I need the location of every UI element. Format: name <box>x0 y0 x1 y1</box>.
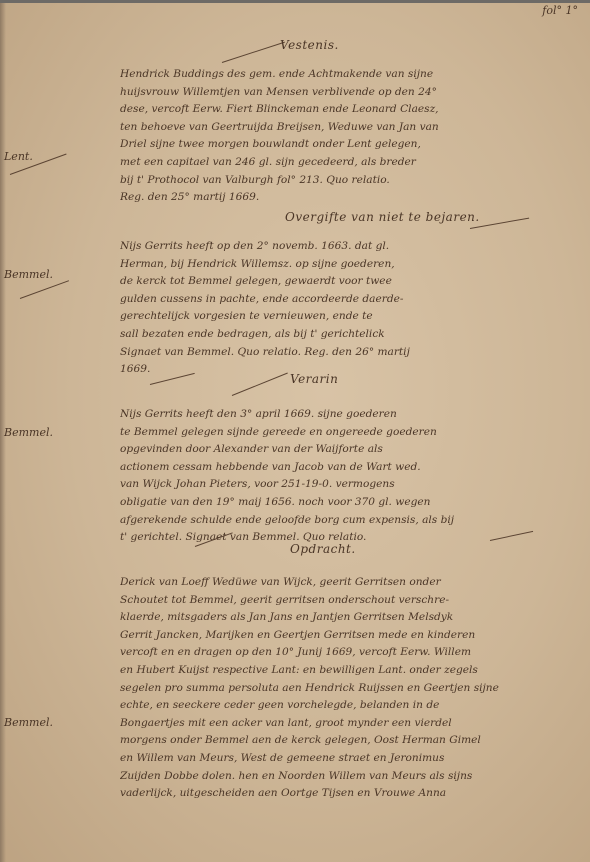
margin-label-lent: Lent. <box>4 150 33 163</box>
margin-flourish <box>20 280 69 299</box>
entry-line: Schoutet tot Bemmel, geerit gerritsen on… <box>120 592 582 610</box>
entry-line: Gerrit Jancken, Marijken en Geertjen Ger… <box>120 627 582 645</box>
folio-number: fol° 1° <box>542 4 578 17</box>
entry-line: Driel sijne twee morgen bouwlandt onder … <box>120 136 582 154</box>
entry-line: echte, en seeckere ceder geen vorchelegd… <box>120 697 582 715</box>
entry-line: Herman, bij Hendrick Willemsz. op sijne … <box>120 256 582 274</box>
decorative-flourish <box>222 42 285 63</box>
entry-line: vercoft en en dragen op den 10° Junij 16… <box>120 644 582 662</box>
entry-line: dese, vercoft Eerw. Fiert Blinckeman end… <box>120 101 582 119</box>
entry-line: 1669. <box>120 361 582 379</box>
entry-line: Signaet van Bemmel. Quo relatio. Reg. de… <box>120 344 582 362</box>
entry-line: gulden cussens in pachte, ende accordeer… <box>120 291 582 309</box>
section-heading-verarin: Verarin <box>290 372 338 386</box>
entry-line: Bongaertjes mit een acker van lant, groo… <box>120 715 582 733</box>
entry-line: te Bemmel gelegen sijnde gereede en onge… <box>120 424 582 442</box>
entry-line: de kerck tot Bemmel gelegen, gewaerdt vo… <box>120 273 582 291</box>
entry-line: Zuijden Dobbe dolen. hen en Noorden Will… <box>120 768 582 786</box>
entry-line: Hendrick Buddings des gem. ende Achtmake… <box>120 66 582 84</box>
entry-line: Nijs Gerrits heeft op den 2° novemb. 166… <box>120 238 582 256</box>
entry-line: gerechtelijck vorgesien te vernieuwen, e… <box>120 308 582 326</box>
entry-opdracht: Derick van Loeff Wedüwe van Wijck, geeri… <box>120 574 582 803</box>
margin-label-bemmel-3: Bemmel. <box>4 716 53 729</box>
entry-line: actionem cessam hebbende van Jacob van d… <box>120 459 582 477</box>
entry-line: morgens onder Bemmel aen de kerck gelege… <box>120 732 582 750</box>
entry-line: Reg. den 25° martij 1669. <box>120 189 582 207</box>
section-heading-opdracht: Opdracht. <box>290 542 356 556</box>
entry-line: ten behoeve van Geertruijda Breijsen, We… <box>120 119 582 137</box>
entry-verarin: Nijs Gerrits heeft den 3° april 1669. si… <box>120 406 582 547</box>
entry-line: Derick van Loeff Wedüwe van Wijck, geeri… <box>120 574 582 592</box>
entry-line: obligatie van den 19° maij 1656. noch vo… <box>120 494 582 512</box>
manuscript-page: fol° 1° Vestenis. Lent. Hendrick Budding… <box>0 0 590 862</box>
entry-line: segelen pro summa persoluta aen Hendrick… <box>120 680 582 698</box>
entry-line: huijsvrouw Willemtjen van Mensen verbliv… <box>120 84 582 102</box>
entry-line: Nijs Gerrits heeft den 3° april 1669. si… <box>120 406 582 424</box>
section-heading-vestenis: Vestenis. <box>280 38 339 52</box>
entry-overgifte: Nijs Gerrits heeft op den 2° novemb. 166… <box>120 238 582 379</box>
entry-line: bij t' Prothocol van Valburgh fol° 213. … <box>120 172 582 190</box>
entry-line: vaderlijck, uitgescheiden aen Oortge Tij… <box>120 785 582 803</box>
page-top-edge <box>0 0 590 3</box>
entry-line: van Wijck Johan Pieters, voor 251-19-0. … <box>120 476 582 494</box>
entry-line: met een capitael van 246 gl. sijn gecede… <box>120 154 582 172</box>
entry-line: sall bezaten ende bedragen, als bij t' g… <box>120 326 582 344</box>
margin-label-bemmel-2: Bemmel. <box>4 426 53 439</box>
section-heading-overgifte: Overgifte van niet te bejaren. <box>285 210 480 224</box>
margin-label-bemmel-1: Bemmel. <box>4 268 53 281</box>
entry-line: afgerekende schulde ende geloofde borg c… <box>120 512 582 530</box>
entry-line: opgevinden door Alexander van der Waijfo… <box>120 441 582 459</box>
entry-line: en Hubert Kuijst respective Lant: en bew… <box>120 662 582 680</box>
entry-vestenis: Hendrick Buddings des gem. ende Achtmake… <box>120 66 582 207</box>
entry-line: en Willem van Meurs, West de gemeene str… <box>120 750 582 768</box>
entry-line: klaerde, mitsgaders als Jan Jans en Jant… <box>120 609 582 627</box>
